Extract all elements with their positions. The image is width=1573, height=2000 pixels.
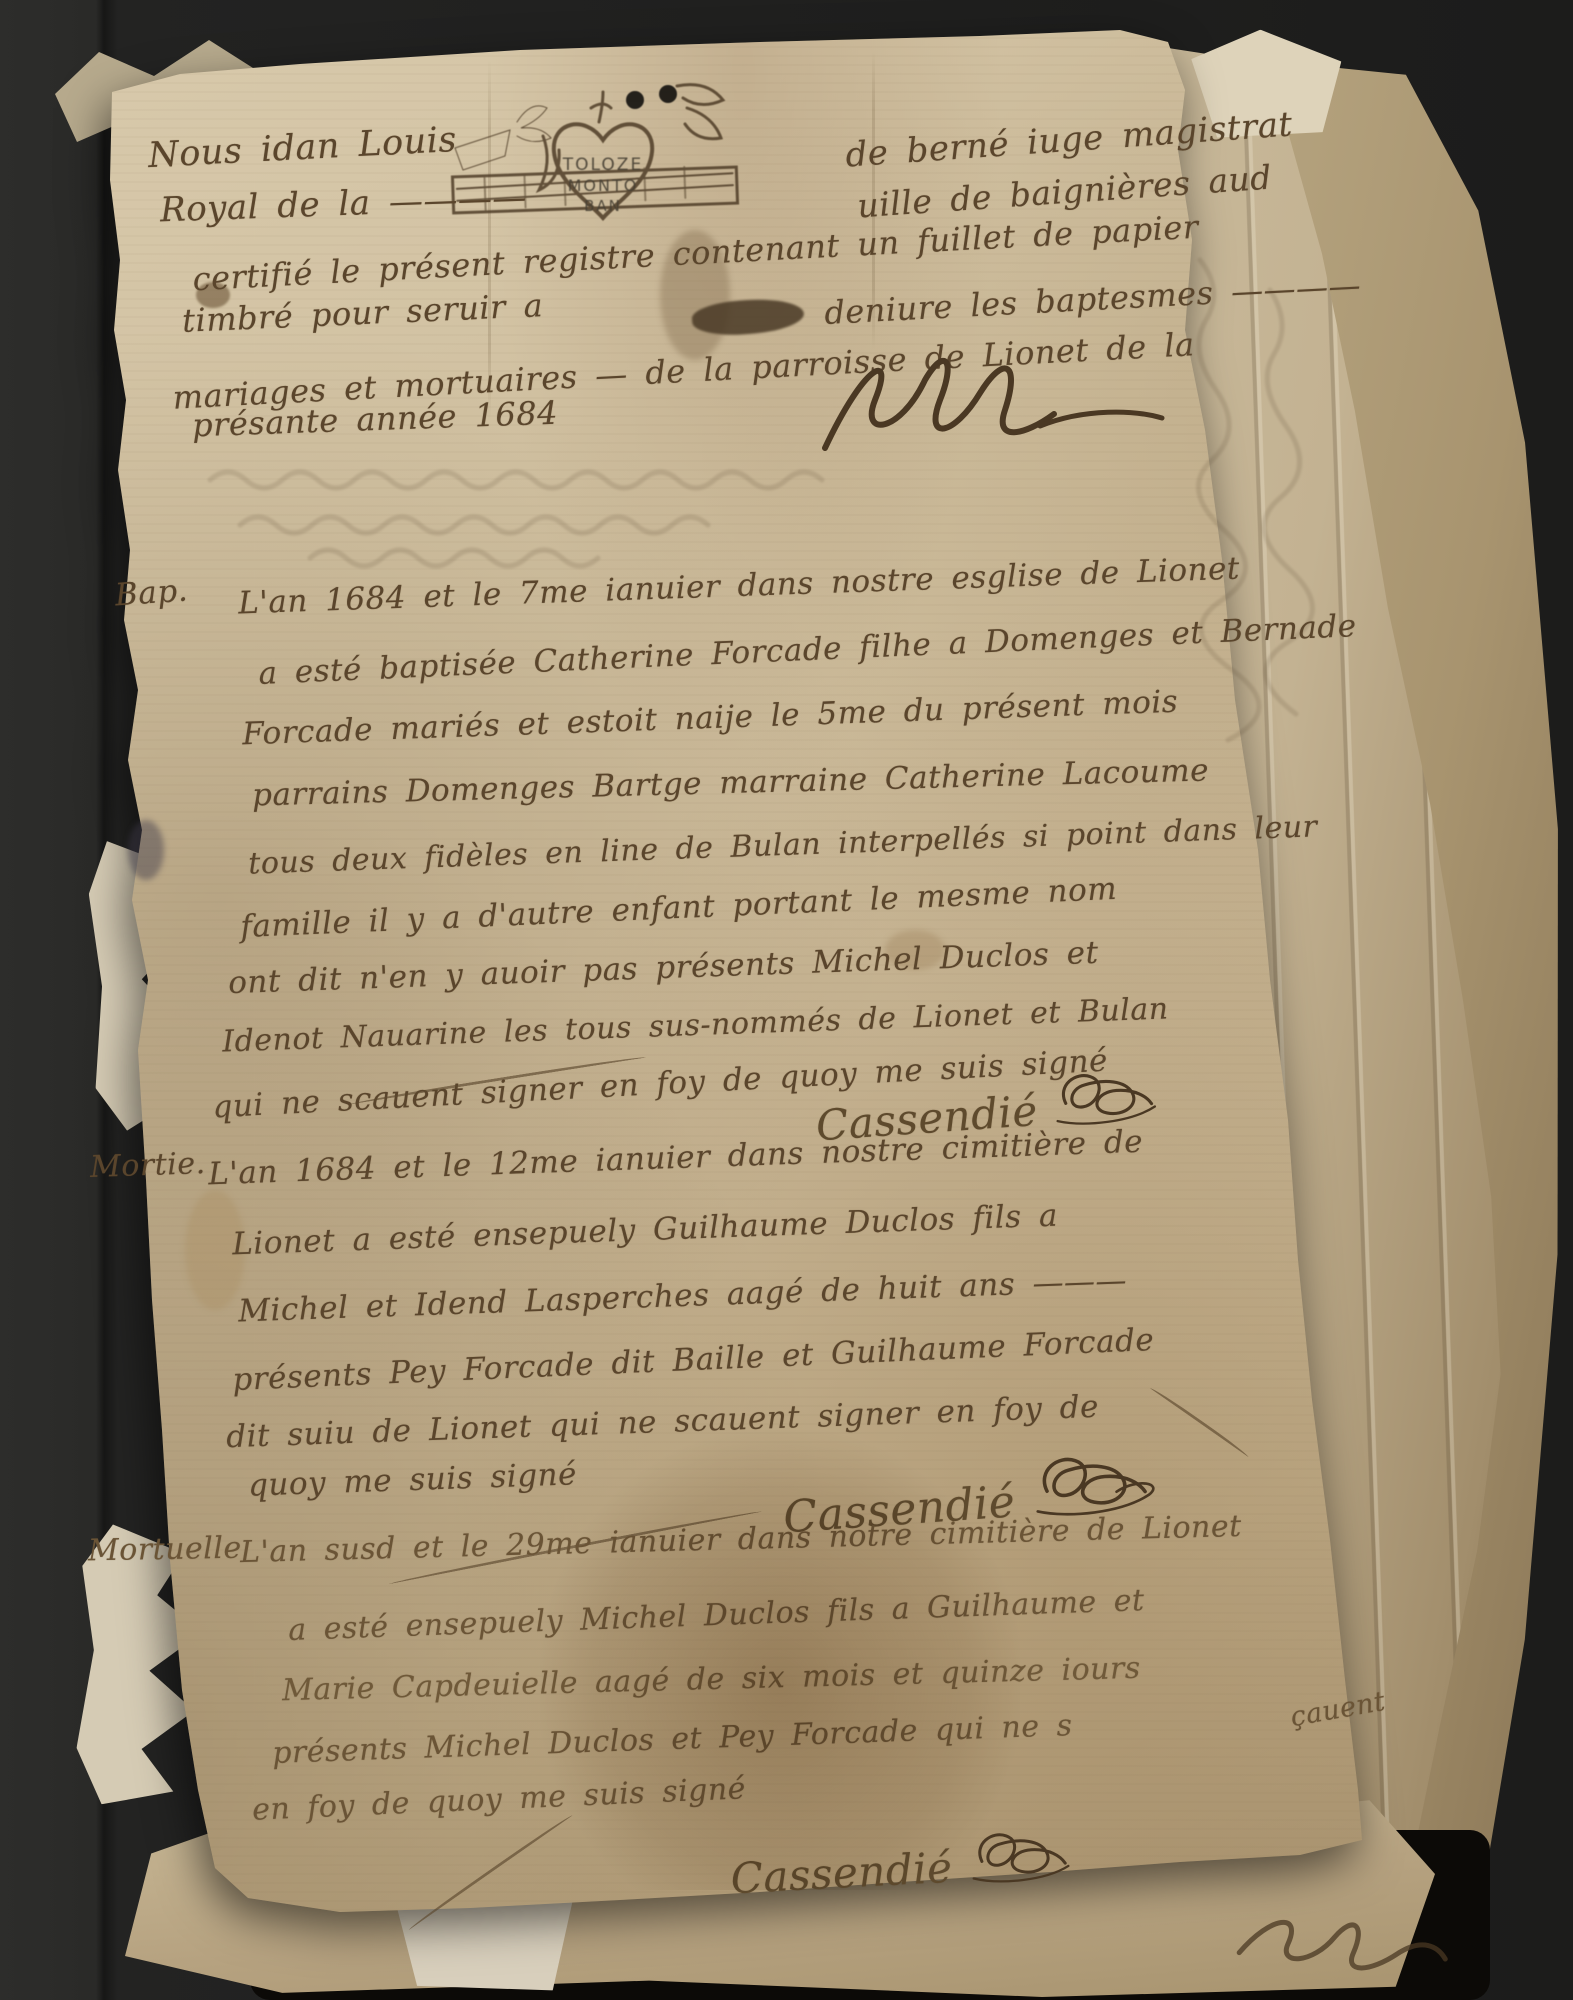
stamp-left-wing — [455, 130, 510, 170]
entry-label-mortuaire: Mortie. — [89, 1146, 206, 1185]
stamp-bird — [517, 106, 551, 142]
stamp-text-line3: BAN — [584, 197, 622, 215]
stamp-text-line1: TOLOZE — [562, 155, 643, 175]
stamp-text-line2: MONTO — [568, 176, 639, 195]
entry-label-bap: Bap. — [114, 572, 189, 613]
photograph-of-register: TOLOZE MONTO BAN Nous idan Louis de bern… — [0, 0, 1573, 2000]
bleedthrough-writing — [1180, 250, 1340, 750]
signature-paraph-icon — [954, 1817, 1087, 1892]
entry-label-mortuelle: Mortuelle — [88, 1531, 242, 1569]
under-page-signature-fragment — [1227, 1892, 1463, 1998]
signature-paraph-icon — [1038, 1056, 1173, 1135]
judge-signature-flourish — [800, 338, 1180, 478]
